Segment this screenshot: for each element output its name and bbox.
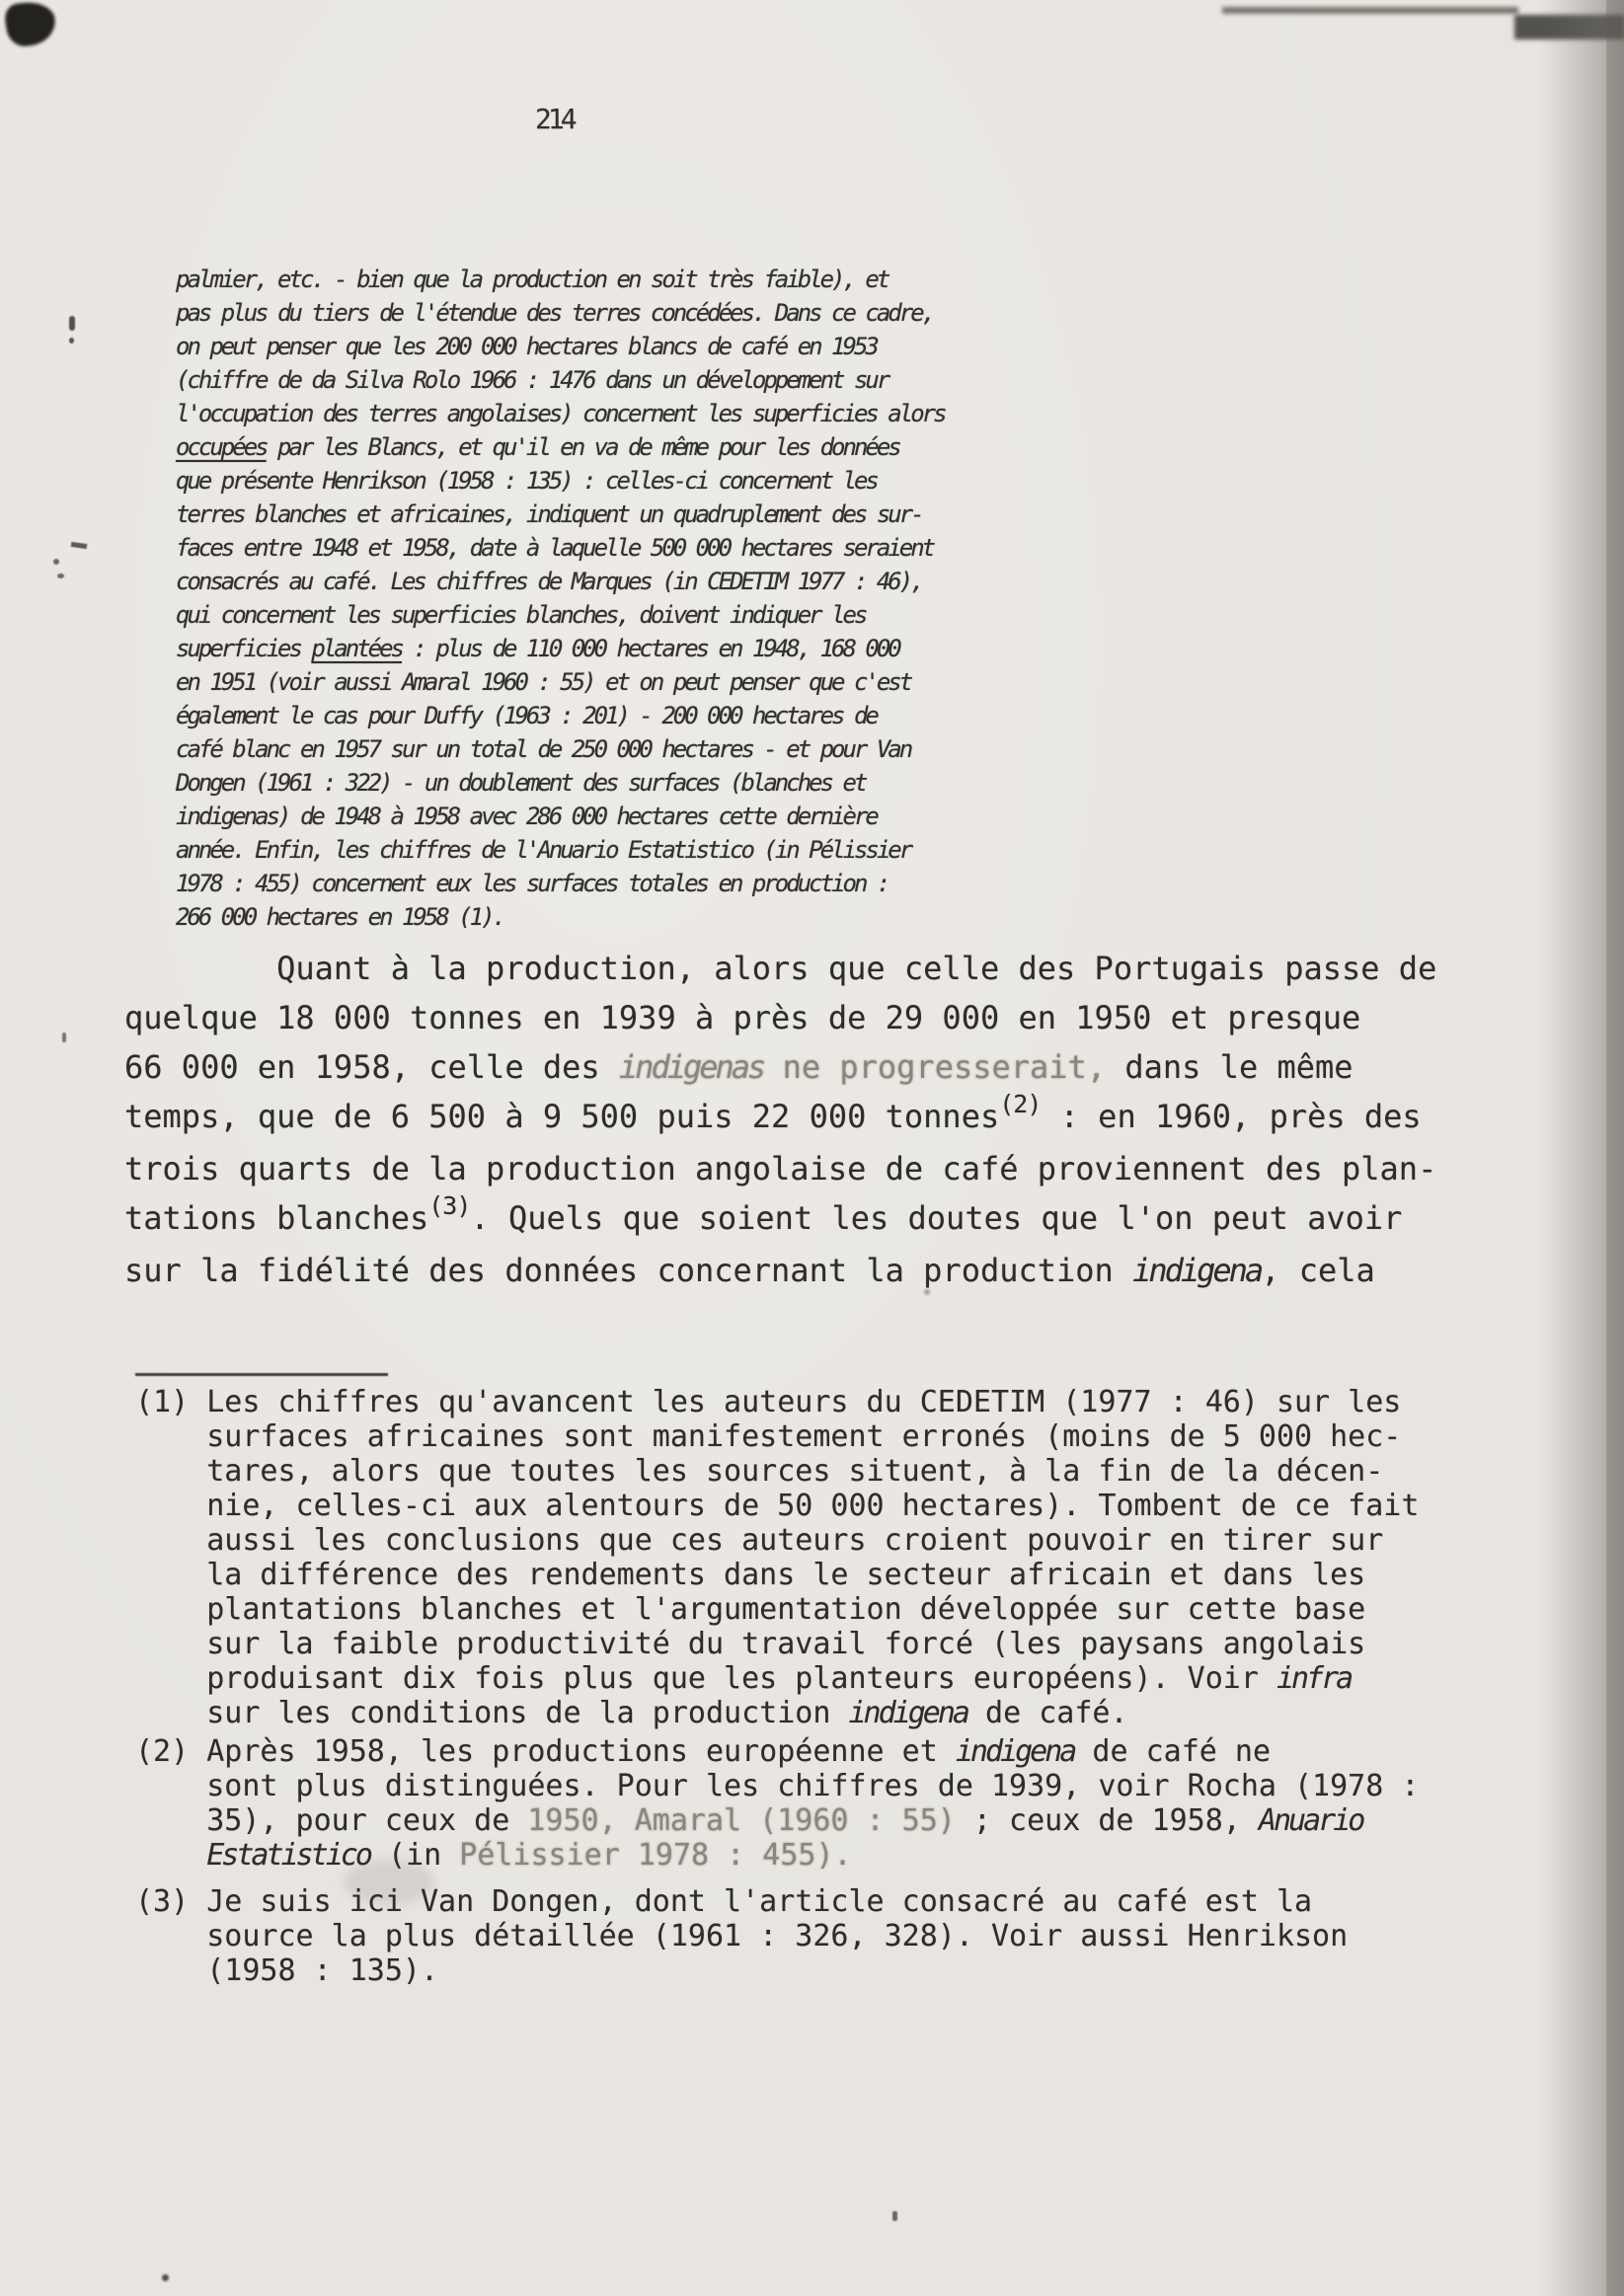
text-line: 266 000 hectares en 1958 (1). <box>176 900 945 934</box>
text-line: superficies plantées : plus de 110 000 h… <box>176 632 945 665</box>
scan-artifact-speck <box>892 2211 897 2221</box>
text-line: 35), pour ceux de 1950, Amaral (1960 : 5… <box>135 1803 1419 1838</box>
text-line: qui concernent les superficies blanches,… <box>176 598 945 632</box>
text-line: la différence des rendements dans le sec… <box>135 1558 1419 1592</box>
page-number: 214 <box>535 103 574 135</box>
text-line: café blanc en 1957 sur un total de 250 0… <box>176 732 945 766</box>
scan-artifact-speck <box>162 2274 169 2281</box>
text-line: tares, alors que toutes les sources situ… <box>135 1454 1419 1489</box>
text-line: (3) Je suis ici Van Dongen, dont l'artic… <box>135 1884 1348 1919</box>
scan-artifact-corner-blob <box>3 0 58 48</box>
scan-artifact-margin-mark <box>69 316 75 331</box>
text-line: (1) Les chiffres qu'avancent les auteurs… <box>135 1385 1419 1419</box>
text-line: surfaces africaines sont manifestement e… <box>135 1419 1419 1454</box>
text-line: sur la fidélité des données concernant l… <box>124 1246 1436 1295</box>
body-paragraph: Quant à la production, alors que celle d… <box>124 944 1436 1295</box>
scan-artifact-margin-tick <box>62 1033 66 1042</box>
text-line: plantations blanches et l'argumentation … <box>135 1592 1419 1627</box>
footnote-separator <box>135 1373 388 1376</box>
text-line: (2) Après 1958, les productions européen… <box>135 1734 1419 1769</box>
text-line: année. Enfin, les chiffres de l'Anuario … <box>176 833 945 867</box>
text-line: Estatistico (in Pélissier 1978 : 455). <box>135 1838 1419 1873</box>
script-paragraph: palmier, etc. - bien que la production e… <box>176 263 945 934</box>
text-line: (1958 : 135). <box>135 1953 1348 1988</box>
text-line: tations blanches(3). Quels que soient le… <box>124 1193 1436 1246</box>
text-line: terres blanches et africaines, indiquent… <box>176 497 945 531</box>
text-line: aussi les conclusions que ces auteurs cr… <box>135 1523 1419 1558</box>
text-line: 1978 : 455) concernent eux les surfaces … <box>176 867 945 900</box>
text-line: Quant à la production, alors que celle d… <box>124 944 1436 993</box>
footnote-2: (2) Après 1958, les productions européen… <box>135 1734 1419 1873</box>
text-line: (chiffre de da Silva Rolo 1966 : 1476 da… <box>176 363 945 397</box>
text-line: pas plus du tiers de l'étendue des terre… <box>176 296 945 330</box>
footnote-3: (3) Je suis ici Van Dongen, dont l'artic… <box>135 1884 1348 1988</box>
text-line: sur les conditions de la production indi… <box>135 1696 1419 1730</box>
text-line: nie, celles-ci aux alentours de 50 000 h… <box>135 1489 1419 1523</box>
text-line: on peut penser que les 200 000 hectares … <box>176 330 945 363</box>
scan-artifact-margin-speck <box>57 574 64 578</box>
scan-shadow-right-strip <box>1606 0 1624 2296</box>
text-line: quelque 18 000 tonnes en 1939 à près de … <box>124 993 1436 1042</box>
text-line: occupées par les Blancs, et qu'il en va … <box>176 430 945 464</box>
text-line: Dongen (1961 : 322) - un doublement des … <box>176 766 945 800</box>
scan-artifact-top-band <box>1222 7 1518 14</box>
scan-page: 214 palmier, etc. - bien que la producti… <box>0 0 1624 2296</box>
text-line: trois quarts de la production angolaise … <box>124 1144 1436 1193</box>
text-line: source la plus détaillée (1961 : 326, 32… <box>135 1919 1348 1953</box>
text-line: que présente Henrikson (1958 : 135) : ce… <box>176 464 945 497</box>
text-line: produisant dix fois plus que les planteu… <box>135 1661 1419 1696</box>
text-line: sont plus distinguées. Pour les chiffres… <box>135 1769 1419 1803</box>
text-line: également le cas pour Duffy (1963 : 201)… <box>176 699 945 732</box>
scan-artifact-margin-speck <box>53 559 59 565</box>
text-line: faces entre 1948 et 1958, date à laquell… <box>176 531 945 565</box>
text-line: sur la faible productivité du travail fo… <box>135 1627 1419 1661</box>
text-line: l'occupation des terres angolaises) conc… <box>176 397 945 430</box>
text-line: indigenas) de 1948 à 1958 avec 286 000 h… <box>176 800 945 833</box>
text-line: en 1951 (voir aussi Amaral 1960 : 55) et… <box>176 665 945 699</box>
text-line: consacrés au café. Les chiffres de Marqu… <box>176 565 945 598</box>
scan-artifact-margin-dash <box>71 542 88 549</box>
text-line: palmier, etc. - bien que la production e… <box>176 263 945 296</box>
scan-artifact-margin-dot <box>69 338 74 344</box>
text-line: 66 000 en 1958, celle des indigenas ne p… <box>124 1042 1436 1092</box>
text-line: temps, que de 6 500 à 9 500 puis 22 000 … <box>124 1092 1436 1144</box>
footnote-1: (1) Les chiffres qu'avancent les auteurs… <box>135 1385 1419 1730</box>
